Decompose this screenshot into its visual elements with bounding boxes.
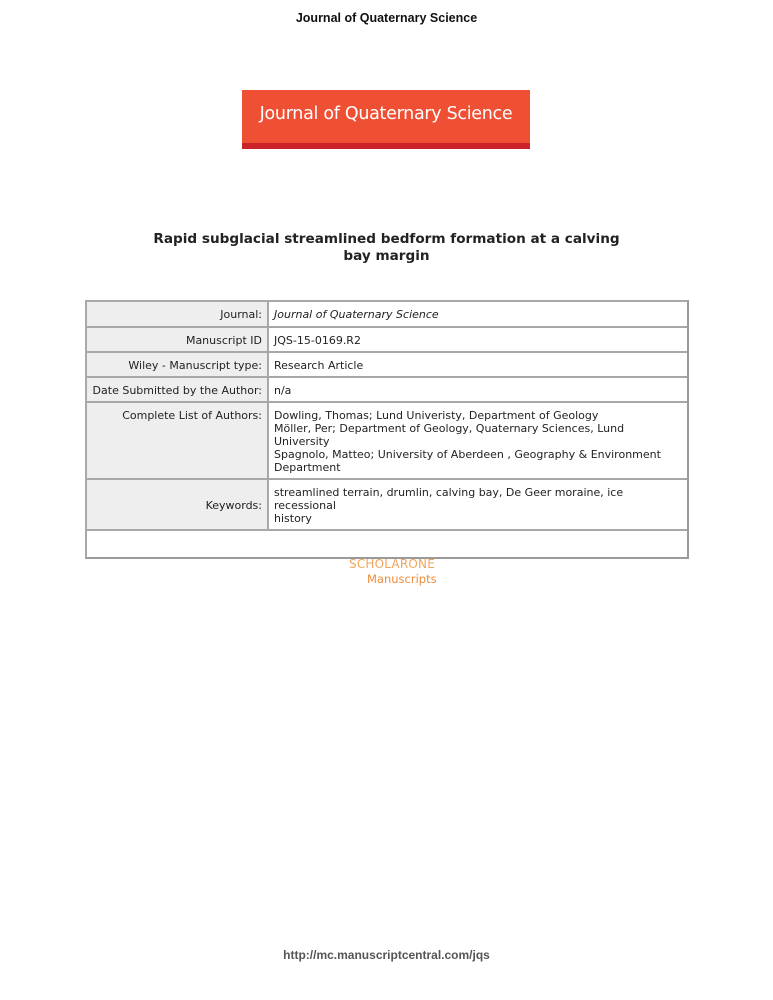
table-row-manuscript-id: Manuscript ID JQS-15-0169.R2 bbox=[87, 328, 687, 353]
author-line: Department bbox=[274, 461, 682, 474]
table-row-authors: Complete List of Authors: Dowling, Thoma… bbox=[87, 403, 687, 480]
manuscript-id-value: JQS-15-0169.R2 bbox=[269, 328, 687, 353]
scholarone-manuscripts-logo: SCHOLARONE™ Manuscripts bbox=[349, 553, 459, 586]
author-line: Dowling, Thomas; Lund Univeristy, Depart… bbox=[274, 409, 682, 422]
manuscript-type-value: Research Article bbox=[269, 353, 687, 378]
keywords-line: history bbox=[274, 512, 682, 525]
table-row-journal: Journal: Journal of Quaternary Science bbox=[87, 302, 687, 328]
authors-value: Dowling, Thomas; Lund Univeristy, Depart… bbox=[269, 403, 687, 480]
date-submitted-value: n/a bbox=[269, 378, 687, 403]
article-title: Rapid subglacial streamlined bedform for… bbox=[0, 231, 773, 265]
manuscript-id-label: Manuscript ID bbox=[87, 328, 269, 353]
keywords-value: streamlined terrain, drumlin, calving ba… bbox=[269, 480, 687, 531]
article-title-line-1: Rapid subglacial streamlined bedform for… bbox=[153, 231, 619, 247]
journal-logo: Journal of Quaternary Science bbox=[242, 90, 530, 149]
scholarone-subtitle: Manuscripts bbox=[367, 572, 459, 586]
running-header-journal-title: Journal of Quaternary Science bbox=[0, 11, 773, 25]
keywords-line: streamlined terrain, drumlin, calving ba… bbox=[274, 486, 682, 512]
scholarone-brand: SCHOLARONE™ bbox=[349, 557, 440, 571]
author-line: Spagnolo, Matteo; University of Aberdeen… bbox=[274, 448, 682, 461]
manuscript-metadata-table: Journal: Journal of Quaternary Science M… bbox=[85, 300, 689, 559]
date-submitted-label: Date Submitted by the Author: bbox=[87, 378, 269, 403]
journal-logo-text: Journal of Quaternary Science bbox=[242, 104, 530, 124]
manuscript-type-label: Wiley - Manuscript type: bbox=[87, 353, 269, 378]
article-title-line-2: bay margin bbox=[343, 248, 429, 264]
table-row-manuscript-type: Wiley - Manuscript type: Research Articl… bbox=[87, 353, 687, 378]
authors-label: Complete List of Authors: bbox=[87, 403, 269, 480]
journal-value: Journal of Quaternary Science bbox=[269, 302, 687, 328]
scholarone-brand-part2: ONE bbox=[408, 557, 435, 571]
scholarone-brand-part1: SCHOLAR bbox=[349, 557, 408, 571]
journal-logo-stripe bbox=[242, 143, 530, 149]
table-row-keywords: Keywords: streamlined terrain, drumlin, … bbox=[87, 480, 687, 531]
keywords-label: Keywords: bbox=[87, 480, 269, 531]
journal-label: Journal: bbox=[87, 302, 269, 328]
table-row-date-submitted: Date Submitted by the Author: n/a bbox=[87, 378, 687, 403]
author-line: Möller, Per; Department of Geology, Quat… bbox=[274, 422, 682, 448]
trademark-symbol: ™ bbox=[435, 557, 440, 563]
footer-url: http://mc.manuscriptcentral.com/jqs bbox=[0, 948, 773, 962]
